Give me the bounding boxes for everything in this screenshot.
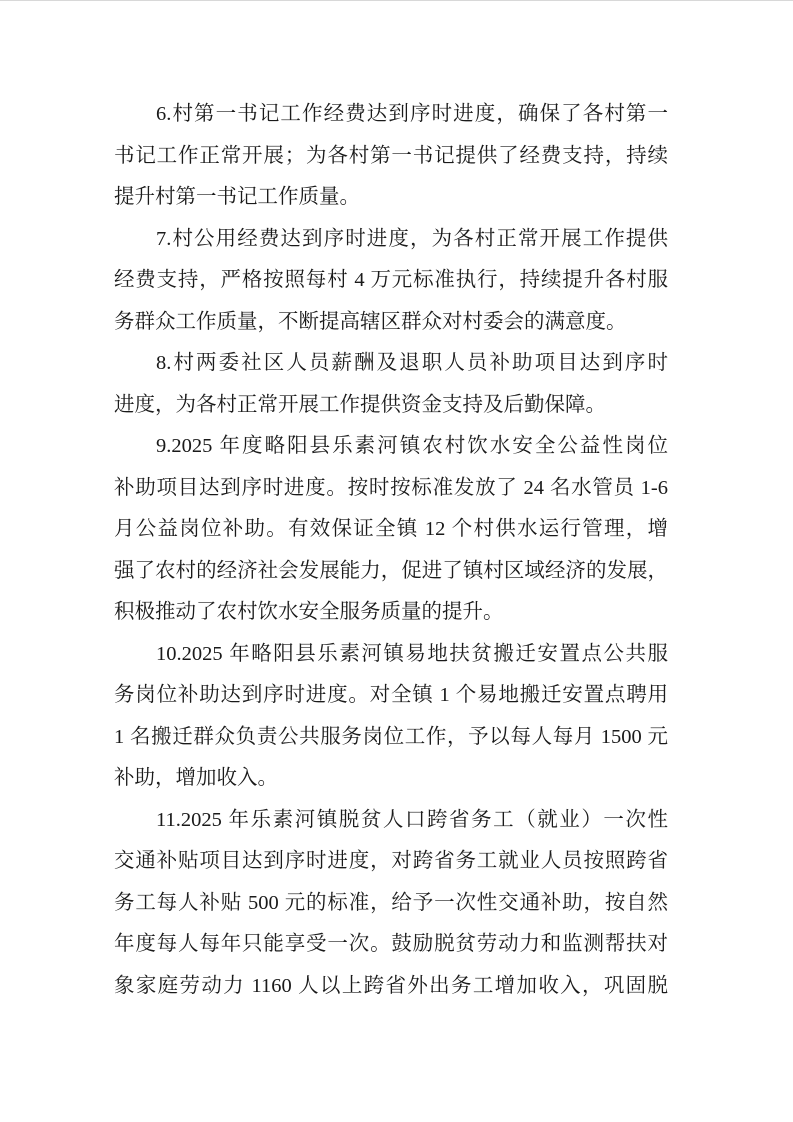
paragraph-6: 6.村第一书记工作经费达到序时进度，确保了各村第一书记工作正常开展；为各村第一书…: [114, 94, 668, 219]
text-line: 交通补贴项目达到序时进度，对跨省务工就业人员按照跨省: [114, 841, 668, 883]
document-body: 6.村第一书记工作经费达到序时进度，确保了各村第一书记工作正常开展；为各村第一书…: [114, 94, 668, 1007]
text-line: 进度，为各村正常开展工作提供资金支持及后勤保障。: [114, 385, 668, 427]
text-line: 年度每人每年只能享受一次。鼓励脱贫劳动力和监测帮扶对: [114, 924, 668, 966]
text-line: 务工每人补贴 500 元的标准，给予一次性交通补助，按自然: [114, 883, 668, 925]
text-line: 1 名搬迁群众负责公共服务岗位工作，予以每人每月 1500 元: [114, 717, 668, 759]
document-page: 6.村第一书记工作经费达到序时进度，确保了各村第一书记工作正常开展；为各村第一书…: [0, 0, 793, 1122]
text-line: 务岗位补助达到序时进度。对全镇 1 个易地搬迁安置点聘用: [114, 675, 668, 717]
text-line: 务群众工作质量，不断提高辖区群众对村委会的满意度。: [114, 302, 668, 344]
text-line: 6.村第一书记工作经费达到序时进度，确保了各村第一: [114, 94, 668, 136]
text-line: 补助项目达到序时进度。按时按标准发放了 24 名水管员 1-6: [114, 468, 668, 510]
paragraph-9: 9.2025 年度略阳县乐素河镇农村饮水安全公益性岗位补助项目达到序时进度。按时…: [114, 426, 668, 634]
text-line: 7.村公用经费达到序时进度，为各村正常开展工作提供: [114, 219, 668, 261]
paragraph-11: 11.2025 年乐素河镇脱贫人口跨省务工（就业）一次性交通补贴项目达到序时进度…: [114, 800, 668, 1008]
text-line: 8.村两委社区人员薪酬及退职人员补助项目达到序时: [114, 343, 668, 385]
text-line: 补助，增加收入。: [114, 758, 668, 800]
text-line: 9.2025 年度略阳县乐素河镇农村饮水安全公益性岗位: [114, 426, 668, 468]
text-line: 11.2025 年乐素河镇脱贫人口跨省务工（就业）一次性: [114, 800, 668, 842]
text-line: 积极推动了农村饮水安全服务质量的提升。: [114, 592, 668, 634]
text-line: 书记工作正常开展；为各村第一书记提供了经费支持，持续: [114, 136, 668, 178]
paragraph-7: 7.村公用经费达到序时进度，为各村正常开展工作提供经费支持，严格按照每村 4 万…: [114, 219, 668, 344]
text-line: 10.2025 年略阳县乐素河镇易地扶贫搬迁安置点公共服: [114, 634, 668, 676]
text-line: 强了农村的经济社会发展能力，促进了镇村区域经济的发展，: [114, 551, 668, 593]
paragraph-10: 10.2025 年略阳县乐素河镇易地扶贫搬迁安置点公共服务岗位补助达到序时进度。…: [114, 634, 668, 800]
text-line: 提升村第一书记工作质量。: [114, 177, 668, 219]
paragraph-8: 8.村两委社区人员薪酬及退职人员补助项目达到序时进度，为各村正常开展工作提供资金…: [114, 343, 668, 426]
text-line: 经费支持，严格按照每村 4 万元标准执行，持续提升各村服: [114, 260, 668, 302]
page-top-edge: [0, 0, 793, 1]
text-line: 月公益岗位补助。有效保证全镇 12 个村供水运行管理，增: [114, 509, 668, 551]
text-line: 象家庭劳动力 1160 人以上跨省外出务工增加收入，巩固脱: [114, 966, 668, 1008]
